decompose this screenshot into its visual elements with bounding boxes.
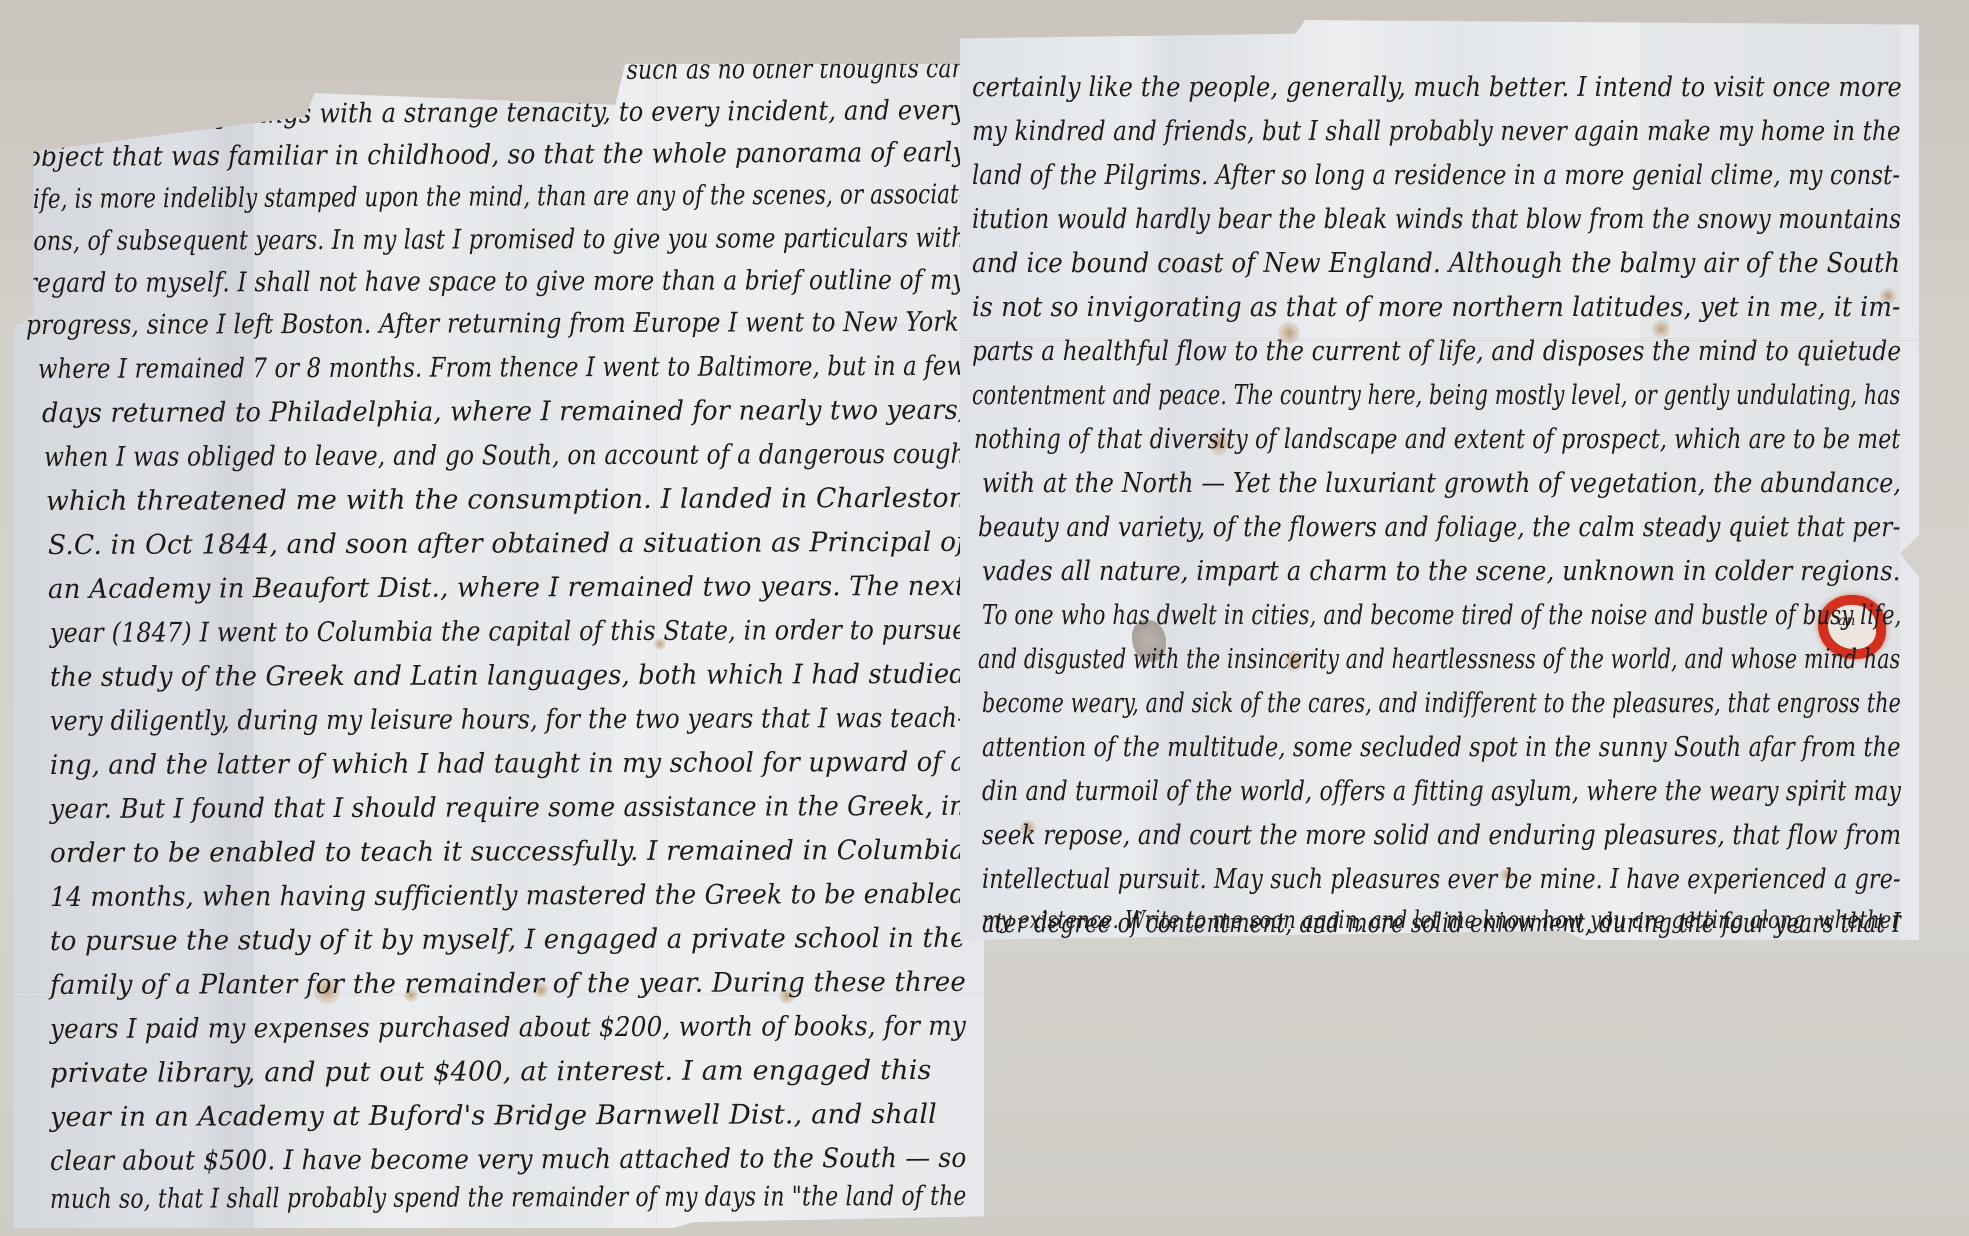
handwritten-line: progress, since I left Boston. After ret… (26, 307, 967, 341)
handwritten-line: is not so invigorating as that of more n… (972, 292, 1901, 323)
handwritten-line: and ice bound coast of New England. Alth… (972, 248, 1900, 279)
handwritten-line: the study of the Greek and Latin languag… (50, 659, 966, 693)
handwritten-line: and disgusted with the insincerity and h… (978, 644, 1900, 675)
handwritten-line: regard to myself. I shall not have space… (26, 265, 966, 299)
handwritten-line: itution would hardly bear the bleak wind… (972, 204, 1901, 235)
handwritten-line: order to be enabled to teach it successf… (50, 835, 965, 869)
handwritten-line: ing, and the latter of which I had taugh… (50, 747, 966, 781)
handwritten-line: where I remained 7 or 8 months. From the… (38, 351, 966, 385)
handwritten-line: ions, of subsequent years. In my last I … (26, 223, 966, 257)
handwritten-line: parts a healthful flow to the current of… (972, 336, 1901, 367)
handwritten-line: inspire. Memory clings with a strange te… (26, 95, 966, 131)
handwritten-line: certainly like the people, generally, mu… (972, 72, 1902, 103)
handwritten-line: years I paid my expenses purchased about… (50, 1011, 966, 1045)
handwritten-line: with at the North — Yet the luxuriant gr… (982, 468, 1901, 499)
handwritten-line: much so, that I shall probably spend the… (50, 1181, 967, 1215)
handwritten-line: my existence. Write to me soon again, an… (982, 906, 1901, 934)
handwritten-line: when I was obliged to leave, and go Sout… (44, 439, 966, 473)
handwritten-line: object that was familiar in childhood, s… (26, 137, 967, 173)
handwritten-line: and causing the dullest heart to thrill … (26, 53, 966, 89)
handwritten-line: days returned to Philadelphia, where I r… (42, 395, 967, 429)
handwritten-line: land of the Pilgrims. After so long a re… (972, 160, 1900, 191)
handwritten-line: become weary, and sick of the cares, and… (982, 688, 1901, 719)
handwritten-line: family of a Planter for the remainder of… (50, 967, 966, 1001)
handwritten-line: To one who has dwelt in cities, and beco… (982, 600, 1902, 631)
handwritten-line: very diligently, during my leisure hours… (50, 703, 966, 737)
handwritten-line: to pursue the study of it by myself, I e… (50, 923, 966, 957)
letter-right-page: an certainly like the people, generally,… (960, 20, 1919, 940)
handwritten-line: intellectual pursuit. May such pleasures… (982, 864, 1901, 895)
handwritten-line: year (1847) I went to Columbia the capit… (50, 615, 967, 649)
handwritten-line: have been living at the South, than were… (982, 952, 1901, 983)
handwritten-line: private library, and put out $400, at in… (50, 1055, 932, 1089)
handwritten-line: din and turmoil of the world, offers a f… (982, 776, 1901, 807)
handwritten-line: which threatened me with the consumption… (46, 483, 966, 517)
handwritten-line: contentment and peace. The country here,… (972, 380, 1900, 411)
handwritten-line: attention of the multitude, some seclude… (982, 732, 1901, 763)
handwritten-line: S.C. in Oct 1844, and soon after obtaine… (48, 527, 966, 561)
handwritten-line: year. But I found that I should require … (50, 791, 966, 825)
handwritten-line: year in an Academy at Buford's Bridge Ba… (50, 1099, 937, 1133)
handwritten-line: life, is more indelibly stamped upon the… (26, 179, 966, 215)
letter-left-page: and causing the dullest heart to thrill … (14, 58, 984, 1228)
handwritten-line: 14 months, when having sufficiently mast… (50, 879, 966, 913)
handwritten-line: my kindred and friends, but I shall prob… (972, 116, 1901, 147)
handwritten-line: beauty and variety, of the flowers and f… (978, 512, 1901, 543)
handwritten-line: vades all nature, impart a charm to the … (982, 556, 1901, 587)
handwritten-line: clear about $500. I have become very muc… (50, 1143, 967, 1177)
handwritten-line: an Academy in Beaufort Dist., where I re… (48, 571, 966, 605)
handwritten-line: seek repose, and court the more solid an… (982, 820, 1901, 851)
handwritten-line: nothing of that diversity of landscape a… (974, 424, 1900, 455)
